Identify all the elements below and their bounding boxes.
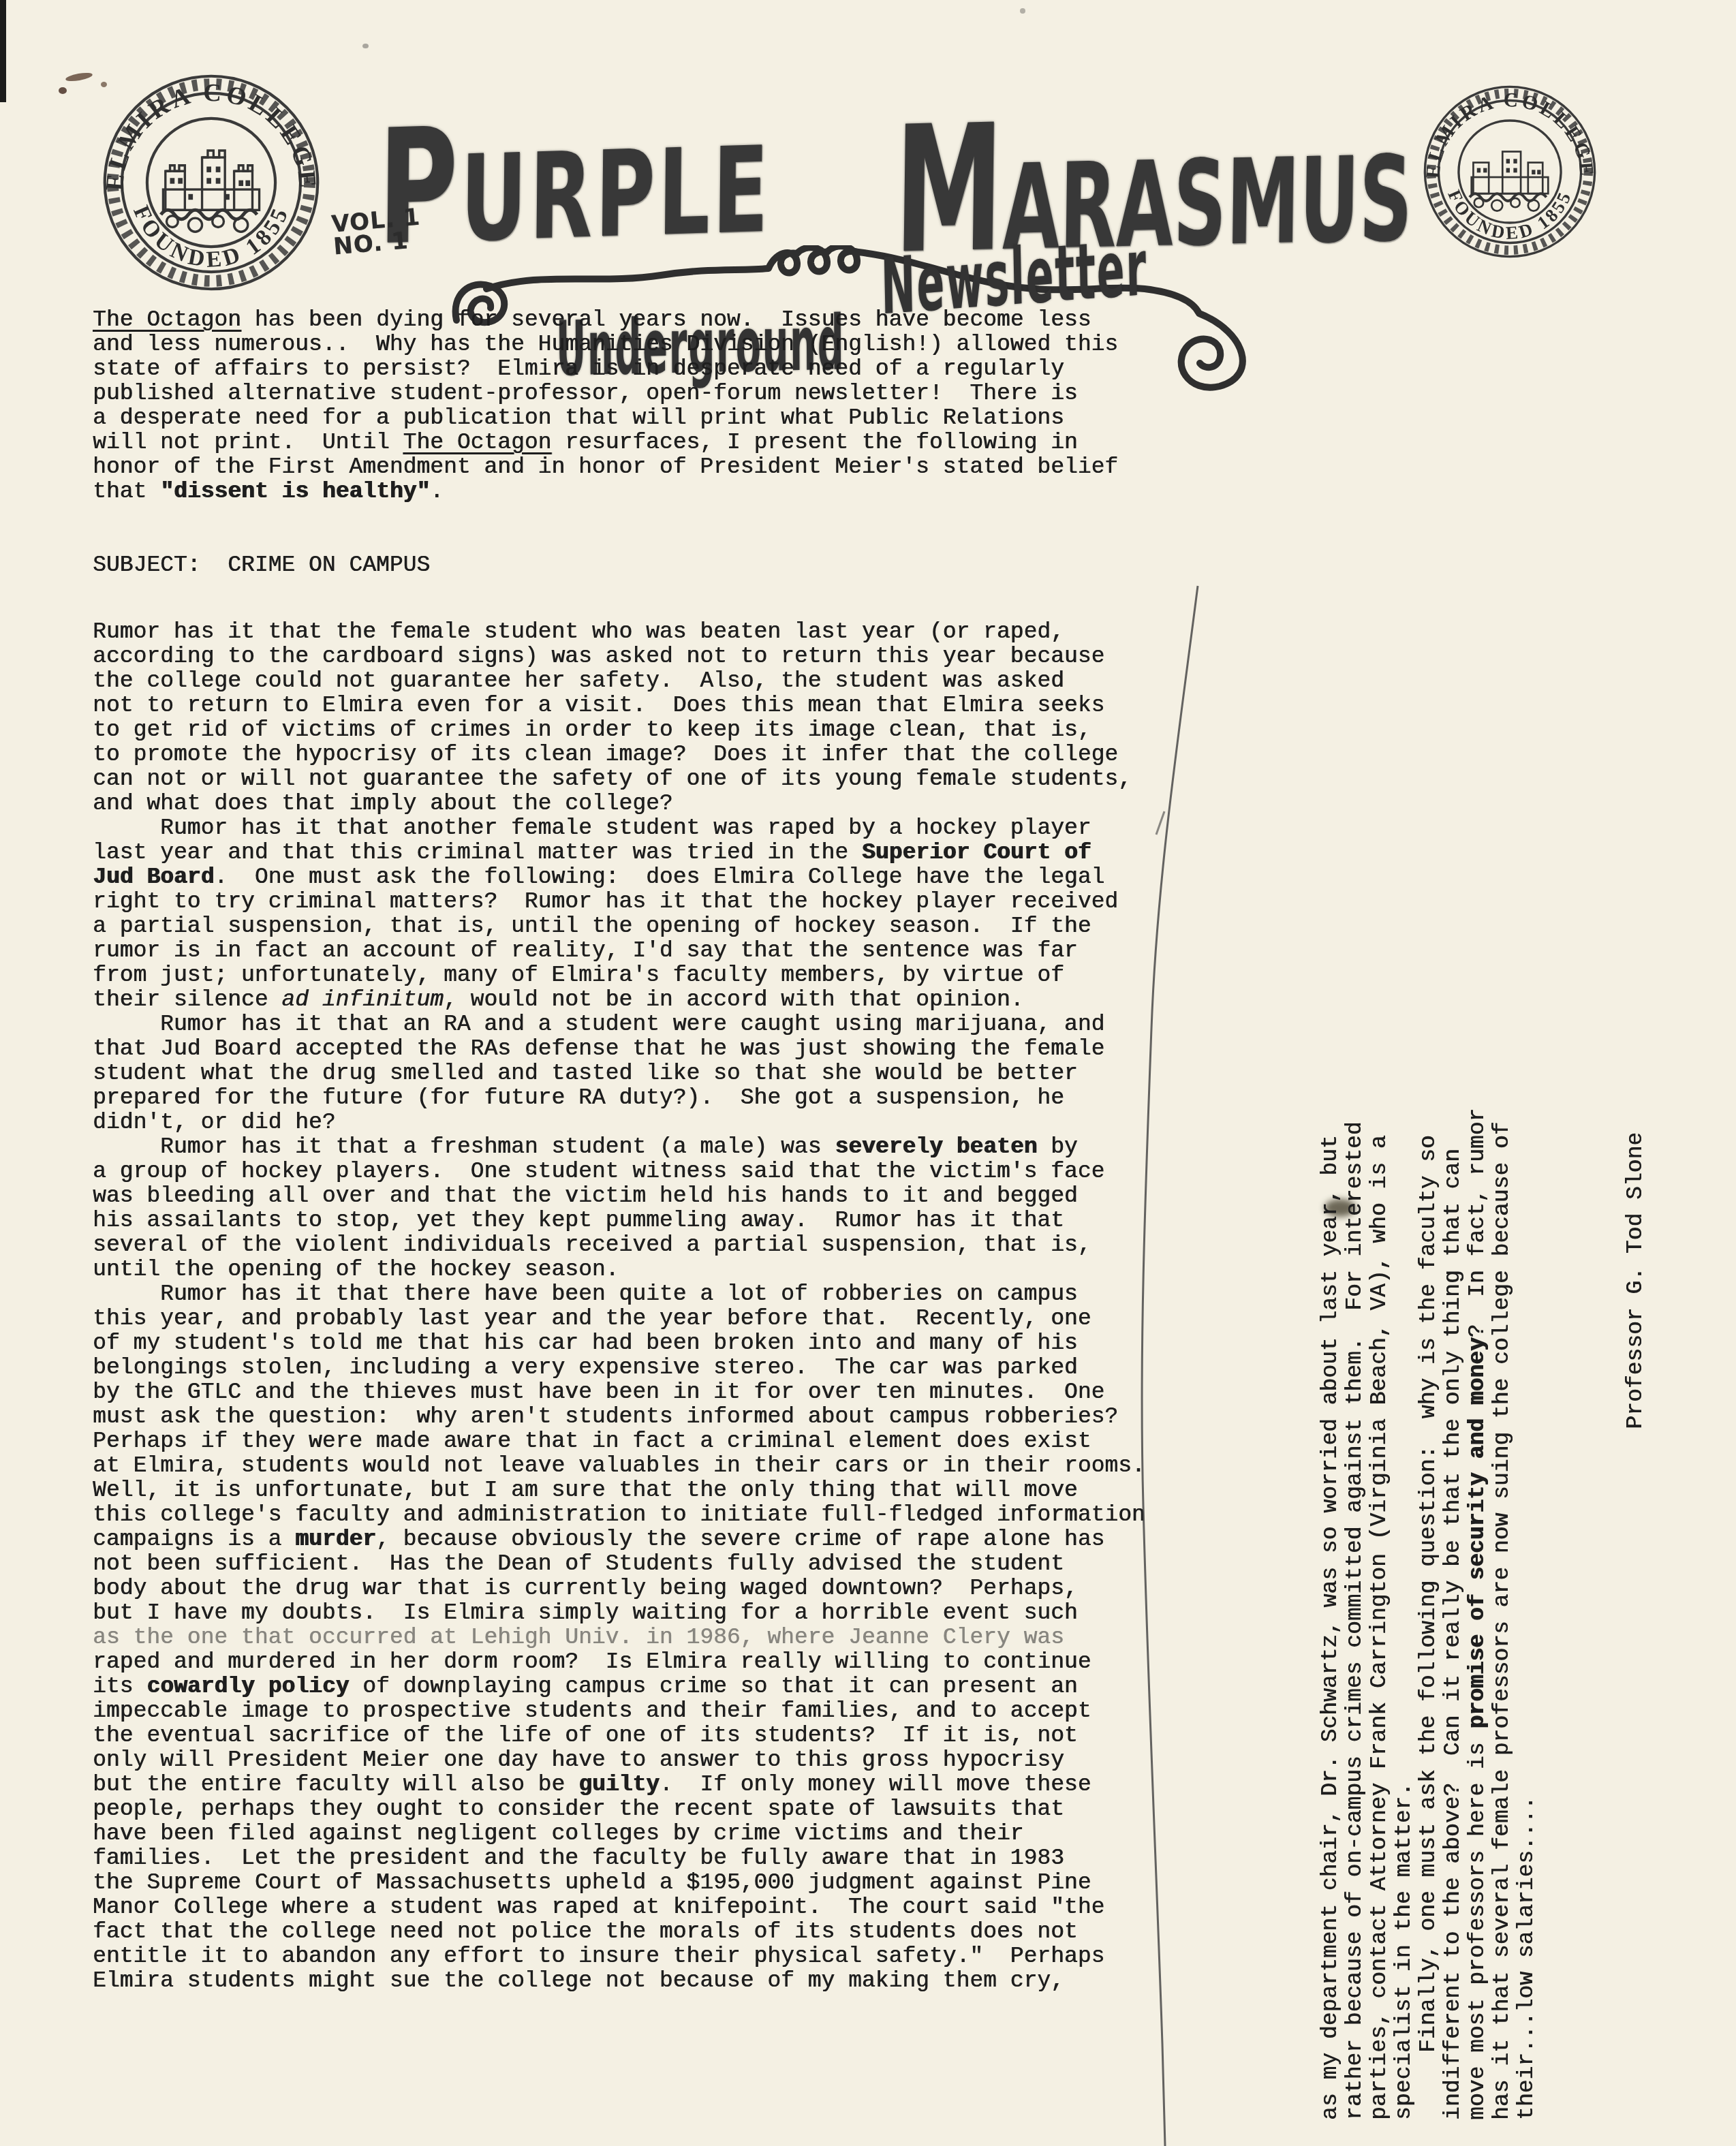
text-segment: Rumor has it that the female student who… xyxy=(93,619,1132,816)
seal-top-text: ELMIRA COLLEGE xyxy=(1422,89,1597,179)
text-segment: Rumor has it that a freshman student (a … xyxy=(93,1134,835,1160)
title-letters: URPLE xyxy=(460,122,772,269)
paragraph: Rumor has it that another female student… xyxy=(93,816,1183,1012)
svg-text:ELMIRA COLLEGE: ELMIRA COLLEGE xyxy=(100,78,322,192)
article-body: The Octagon has been dying for several y… xyxy=(93,308,1183,1993)
text-segment: Rumor has it that an RA and a student we… xyxy=(93,1012,1104,1135)
continuation-text: as my department chair, Dr. Schwartz, wa… xyxy=(1318,1057,1539,2120)
text-segment: severely beaten xyxy=(835,1134,1037,1160)
text-segment: ad infinitum xyxy=(281,987,444,1012)
text-segment: Rumor has it that there have been quite … xyxy=(93,1281,1145,1552)
ink-speck xyxy=(362,44,369,48)
text-segment: as the one that occurred at Lehigh Univ.… xyxy=(93,1625,1064,1650)
paragraph: Rumor has it that a freshman student (a … xyxy=(93,1135,1183,1282)
svg-text:ELMIRA COLLEGE: ELMIRA COLLEGE xyxy=(1422,89,1597,179)
article-paragraphs: Rumor has it that the female student who… xyxy=(93,620,1183,1993)
text-segment: murder xyxy=(295,1527,376,1552)
paragraph: Rumor has it that there have been quite … xyxy=(93,1282,1183,1993)
intro-paragraph: The Octagon has been dying for several y… xyxy=(93,308,1183,504)
paragraph: Rumor has it that the female student who… xyxy=(93,620,1183,816)
newsletter-page: ELMIRA COLLEGE FOUNDED 1855 xyxy=(0,0,1736,2146)
ink-speck xyxy=(1020,8,1025,14)
college-seal-icon: ELMIRA COLLEGE FOUNDED 1855 xyxy=(1419,80,1601,263)
volume-issue-label: VOL. 1 NO. 1 xyxy=(330,206,423,258)
paragraph: Rumor has it that an RA and a student we… xyxy=(93,1012,1183,1135)
scan-edge-mark xyxy=(0,0,6,102)
ink-speck xyxy=(59,87,67,94)
text-segment: , would not be in accord with that opini… xyxy=(444,987,1024,1012)
college-seal-icon: ELMIRA COLLEGE FOUNDED 1855 xyxy=(97,68,326,297)
seal-top-text: ELMIRA COLLEGE xyxy=(100,78,322,192)
seal-building-illustration xyxy=(1470,152,1548,211)
seal-building-illustration xyxy=(161,151,259,232)
ink-speck xyxy=(65,72,93,83)
author-signature: Professor G. Tod Slone xyxy=(1624,1057,1648,2120)
text-segment: promise of security and money xyxy=(1465,1337,1490,1728)
text-segment: The Octagon xyxy=(93,307,241,332)
text-segment: guilty xyxy=(578,1772,660,1797)
text-segment: cowardly policy xyxy=(146,1674,349,1699)
text-segment: . If only money will move these people, … xyxy=(93,1772,1104,1993)
text-segment: The Octagon xyxy=(403,430,551,455)
text-segment: . xyxy=(430,479,444,504)
text-segment: "dissent is healthy" xyxy=(160,479,430,504)
newsletter-title-word: PURPLE xyxy=(377,83,772,280)
subject-line: SUBJECT: CRIME ON CAMPUS xyxy=(93,553,1183,578)
